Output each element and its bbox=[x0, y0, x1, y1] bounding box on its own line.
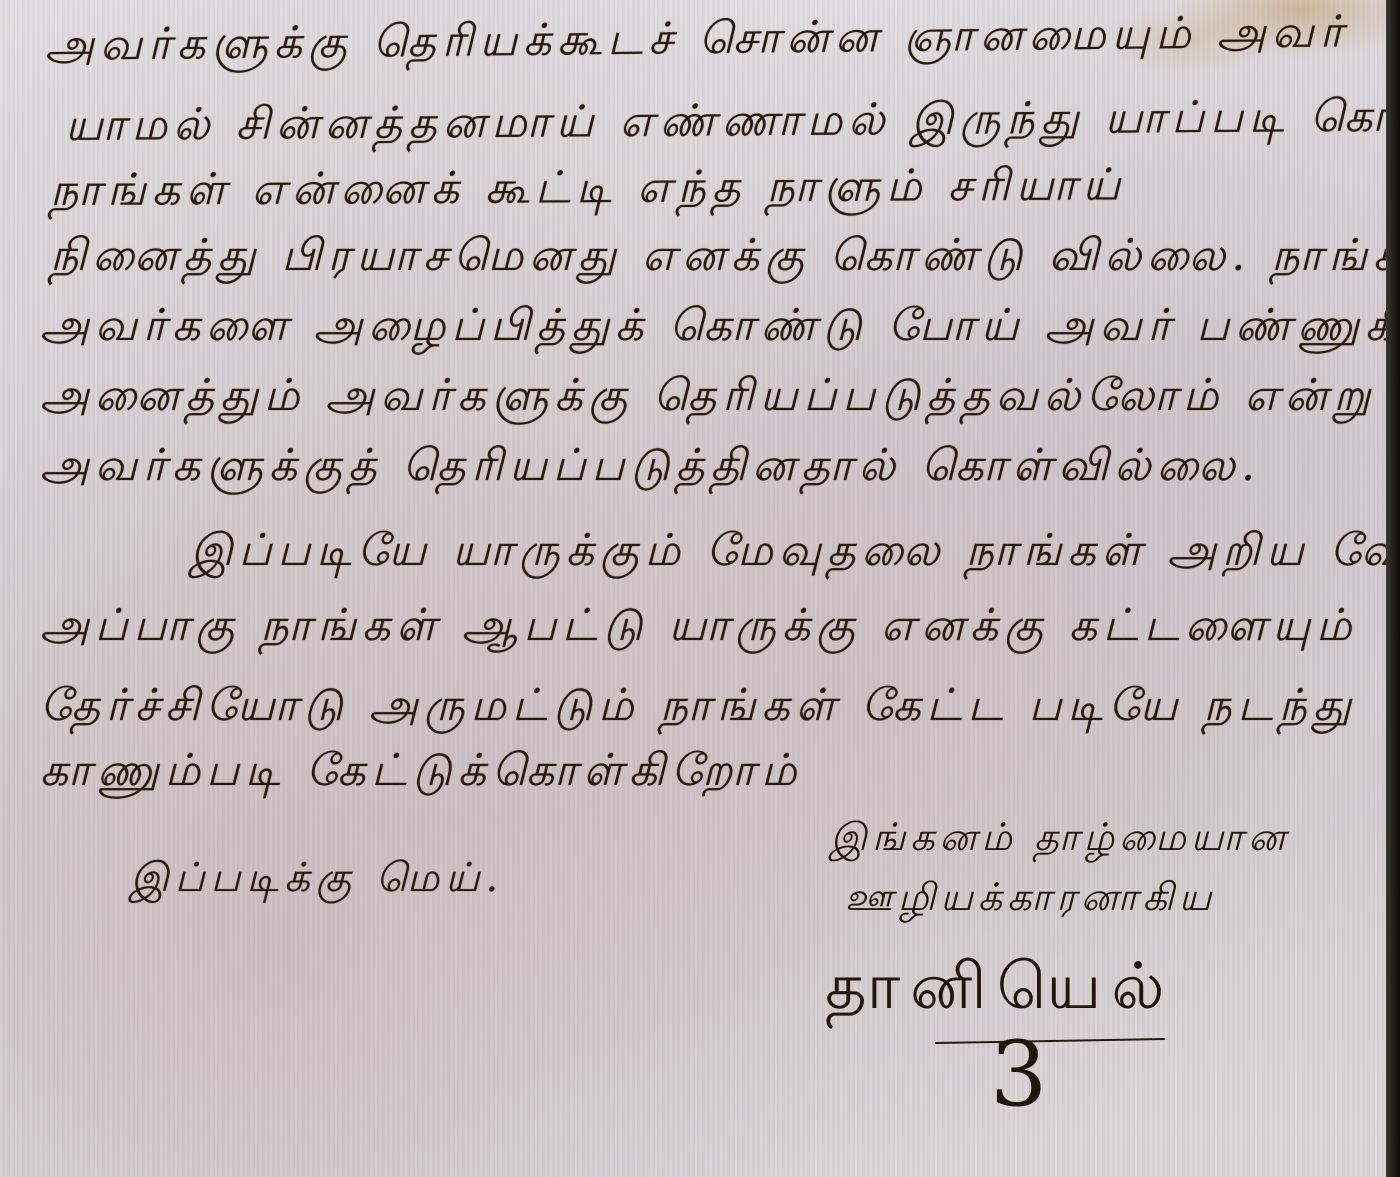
closing-left: இப்படிக்கு மெய். bbox=[130, 855, 504, 906]
manuscript-page: அவர்களுக்கு தெரியக்கூடச் சொன்ன ஞானமையும்… bbox=[0, 0, 1390, 1177]
manuscript-paragraph2-line-2: அப்பாகு நாங்கள் ஆபட்டு யாருக்கு எனக்கு க… bbox=[40, 600, 1358, 657]
manuscript-line-3: நாங்கள் என்னைக் கூட்டி எந்த நாளும் சரியா… bbox=[50, 159, 1127, 222]
page-edge-shadow bbox=[1386, 0, 1400, 1177]
closing-right-line-2: ஊழியக்காரனாகிய bbox=[845, 875, 1216, 925]
manuscript-line-1: அவர்களுக்கு தெரியக்கூடச் சொன்ன ஞானமையும்… bbox=[45, 6, 1349, 77]
signature-flourish: 3 bbox=[990, 1030, 1047, 1120]
manuscript-line-7: அவர்களுக்குத் தெரியப்படுத்தினதால் கொள்வி… bbox=[40, 440, 1261, 497]
manuscript-paragraph2-line-4: காணும்படி கேட்டுக்கொள்கிறோம் bbox=[40, 745, 803, 802]
manuscript-paragraph2-line-1: இப்படியே யாருக்கும் மேவுதலை நாங்கள் அறிய… bbox=[190, 525, 1400, 582]
manuscript-line-4: நினைத்து பிரயாசமெனது எனக்கு கொண்டு வில்ல… bbox=[50, 230, 1400, 287]
manuscript-line-2: யாமல் சின்னத்தனமாய் எண்ணாமல் இருந்து யாப… bbox=[65, 90, 1400, 157]
closing-right-line-1: இங்கனம் தாழ்மையான bbox=[830, 815, 1290, 865]
signature: தானியெல் bbox=[825, 950, 1175, 1032]
manuscript-paragraph2-line-3: தேர்ச்சியோடு அருமட்டும் நாங்கள் கேட்ட பட… bbox=[40, 680, 1357, 737]
signature-underline bbox=[935, 1038, 1165, 1044]
manuscript-line-6: அனைத்தும் அவர்களுக்கு தெரியப்படுத்தவல்லோ… bbox=[40, 370, 1376, 427]
manuscript-line-5: அவர்களை அழைப்பித்துக் கொண்டு போய் அவர் ப… bbox=[40, 300, 1400, 357]
